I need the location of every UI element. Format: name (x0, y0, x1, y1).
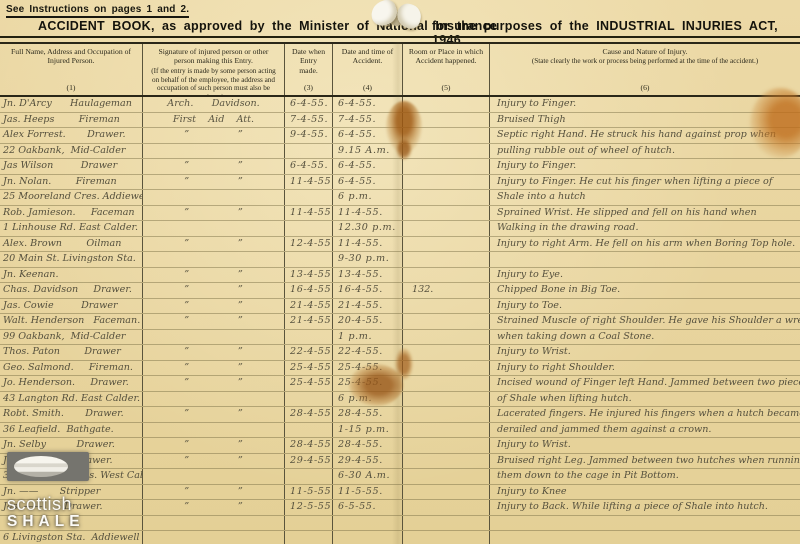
cell-cause: Incised wound of Finger left Hand. Jamme… (490, 376, 800, 391)
cell-room (403, 175, 490, 190)
column-label: Room or Place in which Accident happened… (408, 47, 484, 66)
cell-d1: 6-4-55. (285, 97, 333, 112)
cell-sig: ” ” (143, 128, 285, 143)
cell-room (403, 252, 490, 267)
cell-name: Alex Forrest. Drawer. (0, 128, 143, 143)
cell-cause (490, 531, 800, 544)
cell-sig: ” ” (143, 376, 285, 391)
cell-name: Chas. Davidson Drawer. (0, 283, 143, 298)
cell-cause: Injury to Toe. (490, 299, 800, 314)
cell-d2: 13-4-55. (333, 268, 403, 283)
cell-name: Jn. Nolan. Fireman (0, 175, 143, 190)
column-header-cause: Cause and Nature of Injury. (State clear… (490, 44, 800, 95)
cell-d2: 7-4-55. (333, 113, 403, 128)
table-row (0, 516, 800, 532)
cell-room (403, 423, 490, 438)
cell-cause: Chipped Bone in Big Toe. (490, 283, 800, 298)
cell-cause: Sprained Wrist. He slipped and fell on h… (490, 206, 800, 221)
cell-room (403, 190, 490, 205)
cell-d2: 1-15 p.m. (333, 423, 403, 438)
cell-name: 6 Livingston Sta. Addiewell (0, 531, 143, 544)
accident-table: Full Name, Address and Occupation of Inj… (0, 42, 800, 544)
cell-cause: Injury to Wrist. (490, 438, 800, 453)
cell-name: Jas. Heeps Fireman (0, 113, 143, 128)
column-header-name: Full Name, Address and Occupation of Inj… (0, 44, 143, 95)
cell-room (403, 454, 490, 469)
cell-name: 25 Mooreland Cres. Addiewell. (0, 190, 143, 205)
cell-sig: ” ” (143, 159, 285, 174)
table-header-row: Full Name, Address and Occupation of Inj… (0, 44, 800, 97)
cell-cause: Bruised right Leg. Jammed between two hu… (490, 454, 800, 469)
cell-d1: 11-4-55. (285, 206, 333, 221)
cell-d1: 29-4-55. (285, 454, 333, 469)
column-label: Date when Entry made. (290, 47, 327, 75)
column-label: Signature of injured person or other per… (148, 47, 279, 66)
column-label: Date and time of Accident. (338, 47, 397, 66)
table-row: Jas. —— Drawer.” ”12-5-55.6-5-55.Injury … (0, 500, 800, 516)
cell-cause: Shale into a hutch (490, 190, 800, 205)
instructions-note: See Instructions on pages 1 and 2. (6, 4, 189, 18)
table-row: Jn. Reilly Drawer.” ”29-4-55.29-4-55.Bru… (0, 454, 800, 470)
column-note: (State clearly the work or process being… (532, 57, 758, 66)
column-header-signature: Signature of injured person or other per… (143, 44, 285, 95)
cell-d1: 6-4-55. (285, 159, 333, 174)
cell-d1 (285, 516, 333, 531)
page-title-left: ACCIDENT BOOK, as approved by the Minist… (38, 19, 497, 33)
cell-sig: ” ” (143, 361, 285, 376)
cell-name: Jn. D'Arcy Haulageman (0, 97, 143, 112)
cell-name: Robt. Smith. Drawer. (0, 407, 143, 422)
cell-name: 1 Linhouse Rd. East Calder. (0, 221, 143, 236)
cell-sig (143, 190, 285, 205)
cell-d1 (285, 252, 333, 267)
cell-name: 43 Langton Rd. East Calder. (0, 392, 143, 407)
cell-sig (143, 144, 285, 159)
table-row: Thos. Paton Drawer” ”22-4-55.22-4-55.Inj… (0, 345, 800, 361)
cell-name: Alex. Brown Oilman (0, 237, 143, 252)
cell-room (403, 314, 490, 329)
cell-cause: Injury to Eye. (490, 268, 800, 283)
cell-room (403, 469, 490, 484)
cell-d1 (285, 330, 333, 345)
cell-room (403, 345, 490, 360)
cell-room (403, 206, 490, 221)
cell-sig: ” ” (143, 268, 285, 283)
table-row: Chas. Davidson Drawer.” ”16-4-55.16-4-55… (0, 283, 800, 299)
cell-sig: ” ” (143, 407, 285, 422)
column-header-entry-date: Date when Entry made. (3) (285, 44, 333, 95)
table-row: Rob. Jamieson. Faceman” ”11-4-55.11-4-55… (0, 206, 800, 222)
watermark-text-shale: SHALE (7, 513, 93, 531)
column-note: (If the entry is made by some person act… (148, 67, 279, 95)
column-number: (3) (304, 83, 313, 93)
cell-cause: Injury to Back. While lifting a piece of… (490, 500, 800, 515)
table-row: Jas. Cowie Drawer” ”21-4-55.21-4-55.Inju… (0, 299, 800, 315)
cell-cause: of Shale when lifting hutch. (490, 392, 800, 407)
cell-sig (143, 531, 285, 544)
cell-d2 (333, 531, 403, 544)
table-row: Jn. Keenan.” ”13-4-55.13-4-55.Injury to … (0, 268, 800, 284)
cell-sig: ” ” (143, 283, 285, 298)
cell-name: Jo. Henderson. Drawer. (0, 376, 143, 391)
cell-cause: Injury to right Shoulder. (490, 361, 800, 376)
cell-d2: 6 p.m. (333, 190, 403, 205)
cell-room (403, 330, 490, 345)
cell-d2: 1 p.m. (333, 330, 403, 345)
cell-d1: 16-4-55. (285, 283, 333, 298)
cell-sig (143, 252, 285, 267)
table-row: 6 Livingston Sta. Addiewell (0, 531, 800, 544)
cell-cause (490, 252, 800, 267)
cell-d1 (285, 469, 333, 484)
cell-cause: Bruised Thigh (490, 113, 800, 128)
cell-room (403, 128, 490, 143)
cell-cause: Injury to Finger. (490, 97, 800, 112)
cell-room (403, 268, 490, 283)
title-rule (0, 36, 800, 38)
table-row: Robt. Smith. Drawer.” ”28-4-55.28-4-55.L… (0, 407, 800, 423)
cell-room (403, 392, 490, 407)
cell-room (403, 531, 490, 544)
cell-d1: 7-4-55. (285, 113, 333, 128)
cell-d2: 6-30 A.m. (333, 469, 403, 484)
cell-cause: Injury to Knee (490, 485, 800, 500)
cell-d2: 11-4-55. (333, 237, 403, 252)
cell-name: Walt. Henderson Faceman. (0, 314, 143, 329)
table-row: Walt. Henderson Faceman.” ”21-4-55.20-4-… (0, 314, 800, 330)
accident-book-page: See Instructions on pages 1 and 2. ACCID… (0, 0, 800, 544)
table-body: Jn. D'Arcy HaulagemanArch. Davidson.6-4-… (0, 97, 800, 544)
cell-sig: ” ” (143, 485, 285, 500)
cell-d1: 22-4-55. (285, 345, 333, 360)
cell-cause: Septic right Hand. He struck his hand ag… (490, 128, 800, 143)
column-header-place: Room or Place in which Accident happened… (403, 44, 490, 95)
cell-room (403, 237, 490, 252)
cell-room (403, 97, 490, 112)
column-label: Full Name, Address and Occupation of Inj… (5, 47, 137, 66)
cell-room (403, 407, 490, 422)
cell-sig (143, 392, 285, 407)
cell-d2 (333, 516, 403, 531)
cell-sig (143, 330, 285, 345)
table-row: Alex. Brown Oilman” ”12-4-55.11-4-55.Inj… (0, 237, 800, 253)
cell-sig (143, 469, 285, 484)
cell-d1 (285, 144, 333, 159)
cell-d1: 28-4-55. (285, 407, 333, 422)
table-row: 22 Oakbank, Mid-Calder9.15 A.m.pulling r… (0, 144, 800, 160)
scottish-shale-watermark: scottish SHALE (7, 452, 93, 531)
cell-room (403, 221, 490, 236)
cell-sig: ” ” (143, 345, 285, 360)
cell-d1: 25-4-55. (285, 376, 333, 391)
table-row: Jn. Selby Drawer.” ”28-4-55.28-4-55.Inju… (0, 438, 800, 454)
cell-cause: Injury to Wrist. (490, 345, 800, 360)
cell-d2: 16-4-55. (333, 283, 403, 298)
cell-cause: Injury to right Arm. He fell on his arm … (490, 237, 800, 252)
cell-sig (143, 516, 285, 531)
cell-d1: 28-4-55. (285, 438, 333, 453)
cell-room (403, 500, 490, 515)
table-row: 36 Leafield. Bathgate.1-15 p.m.derailed … (0, 423, 800, 439)
cell-name: Jn. Keenan. (0, 268, 143, 283)
cell-sig (143, 221, 285, 236)
cell-sig: ” ” (143, 299, 285, 314)
cell-d1: 11-5-55. (285, 485, 333, 500)
cell-sig: First Aid Att. (143, 113, 285, 128)
column-header-accident-date: Date and time of Accident. (4) (333, 44, 403, 95)
table-row: 99 Oakbank, Mid-Calder1 p.m.when taking … (0, 330, 800, 346)
table-row: 43 Langton Rd. East Calder.6 p.m.of Shal… (0, 392, 800, 408)
cell-name: Geo. Salmond. Fireman. (0, 361, 143, 376)
table-row: Alex Forrest. Drawer.” ”9-4-55.6-4-55.Se… (0, 128, 800, 144)
cell-d2: 6-4-55. (333, 175, 403, 190)
cell-d1: 21-4-55. (285, 299, 333, 314)
cell-sig: ” ” (143, 237, 285, 252)
cell-d2: 9.15 A.m. (333, 144, 403, 159)
cell-name: Jas. Cowie Drawer (0, 299, 143, 314)
cell-cause: Strained Muscle of right Shoulder. He ga… (490, 314, 800, 329)
cell-room: 132. (403, 283, 490, 298)
cell-d2: 6-4-55. (333, 128, 403, 143)
cell-sig: ” ” (143, 438, 285, 453)
cell-room (403, 159, 490, 174)
cell-cause: derailed and jammed them against a crown… (490, 423, 800, 438)
watermark-text-scottish: scottish (7, 495, 93, 513)
cell-d1 (285, 423, 333, 438)
cell-cause (490, 516, 800, 531)
cell-sig: ” ” (143, 314, 285, 329)
cell-d2: 21-4-55. (333, 299, 403, 314)
cell-d1: 11-4-55. (285, 175, 333, 190)
cell-d1: 21-4-55. (285, 314, 333, 329)
cell-d1 (285, 221, 333, 236)
table-row: Jn. —— Stripper” ”11-5-55.11-5-55.Injury… (0, 485, 800, 501)
table-row: Jas Wilson Drawer” ”6-4-55.6-4-55.Injury… (0, 159, 800, 175)
cell-d1: 25-4-55. (285, 361, 333, 376)
table-row: Jo. Henderson. Drawer.” ”25-4-55.25-4-55… (0, 376, 800, 392)
cell-d1: 9-4-55. (285, 128, 333, 143)
table-row: Geo. Salmond. Fireman.” ”25-4-55.25-4-55… (0, 361, 800, 377)
cell-sig: ” ” (143, 454, 285, 469)
cell-d1: 13-4-55. (285, 268, 333, 283)
table-row: 30 Sunnyside Cres. West Calder.6-30 A.m.… (0, 469, 800, 485)
column-label: Cause and Nature of Injury. (602, 47, 687, 56)
cell-d1 (285, 392, 333, 407)
cell-d2: 6 p.m. (333, 392, 403, 407)
cell-name: 36 Leafield. Bathgate. (0, 423, 143, 438)
cell-cause: Lacerated fingers. He injured his finger… (490, 407, 800, 422)
cell-d1 (285, 190, 333, 205)
curling-stone-image (14, 456, 68, 477)
cell-d2: 6-4-55. (333, 97, 403, 112)
cell-room (403, 299, 490, 314)
cell-name: Jn. Selby Drawer. (0, 438, 143, 453)
cell-d2: 6-4-55. (333, 159, 403, 174)
cell-room (403, 113, 490, 128)
cell-name: Jas Wilson Drawer (0, 159, 143, 174)
cell-sig: Arch. Davidson. (143, 97, 285, 112)
table-row: 20 Main St. Livingston Sta.9-30 p.m. (0, 252, 800, 268)
watermark-photo-thumbnail (7, 452, 89, 481)
table-row: Jn. D'Arcy HaulagemanArch. Davidson.6-4-… (0, 97, 800, 113)
table-row: Jas. Heeps FiremanFirst Aid Att.7-4-55.7… (0, 113, 800, 129)
cell-d2: 25-4-55. (333, 361, 403, 376)
cell-cause: Injury to Finger. (490, 159, 800, 174)
cell-d2: 11-5-55. (333, 485, 403, 500)
column-number: (6) (641, 83, 650, 93)
cell-name: Rob. Jamieson. Faceman (0, 206, 143, 221)
cell-d2: 20-4-55. (333, 314, 403, 329)
cell-sig: ” ” (143, 206, 285, 221)
cell-d2: 12.30 p.m. (333, 221, 403, 236)
cell-cause: when taking down a Coal Stone. (490, 330, 800, 345)
cell-room (403, 438, 490, 453)
cell-room (403, 144, 490, 159)
table-row: Jn. Nolan. Fireman” ”11-4-55.6-4-55.Inju… (0, 175, 800, 191)
cell-d2: 11-4-55. (333, 206, 403, 221)
cell-d1: 12-4-55. (285, 237, 333, 252)
cell-d1: 12-5-55. (285, 500, 333, 515)
cell-cause: them down to the cage in Pit Bottom. (490, 469, 800, 484)
cell-name: Thos. Paton Drawer (0, 345, 143, 360)
cell-name: 20 Main St. Livingston Sta. (0, 252, 143, 267)
cell-d2: 9-30 p.m. (333, 252, 403, 267)
cell-d2: 28-4-55. (333, 438, 403, 453)
cell-cause: Injury to Finger. He cut his finger when… (490, 175, 800, 190)
table-row: 1 Linhouse Rd. East Calder.12.30 p.m.Wal… (0, 221, 800, 237)
cell-sig (143, 423, 285, 438)
cell-name: 22 Oakbank, Mid-Calder (0, 144, 143, 159)
cell-room (403, 376, 490, 391)
table-row: 25 Mooreland Cres. Addiewell.6 p.m.Shale… (0, 190, 800, 206)
column-number: (4) (363, 83, 372, 93)
cell-d1 (285, 531, 333, 544)
column-number: (5) (442, 83, 451, 93)
cell-name: 99 Oakbank, Mid-Calder (0, 330, 143, 345)
cell-cause: pulling rubble out of wheel of hutch. (490, 144, 800, 159)
cell-cause: Walking in the drawing road. (490, 221, 800, 236)
cell-sig: ” ” (143, 175, 285, 190)
cell-d2: 28-4-55. (333, 407, 403, 422)
column-number: (1) (67, 83, 76, 93)
cell-sig: ” ” (143, 500, 285, 515)
cell-d2: 25-4-55. (333, 376, 403, 391)
cell-d2: 6-5-55. (333, 500, 403, 515)
cell-room (403, 361, 490, 376)
cell-d2: 22-4-55. (333, 345, 403, 360)
cell-room (403, 485, 490, 500)
cell-room (403, 516, 490, 531)
cell-d2: 29-4-55. (333, 454, 403, 469)
